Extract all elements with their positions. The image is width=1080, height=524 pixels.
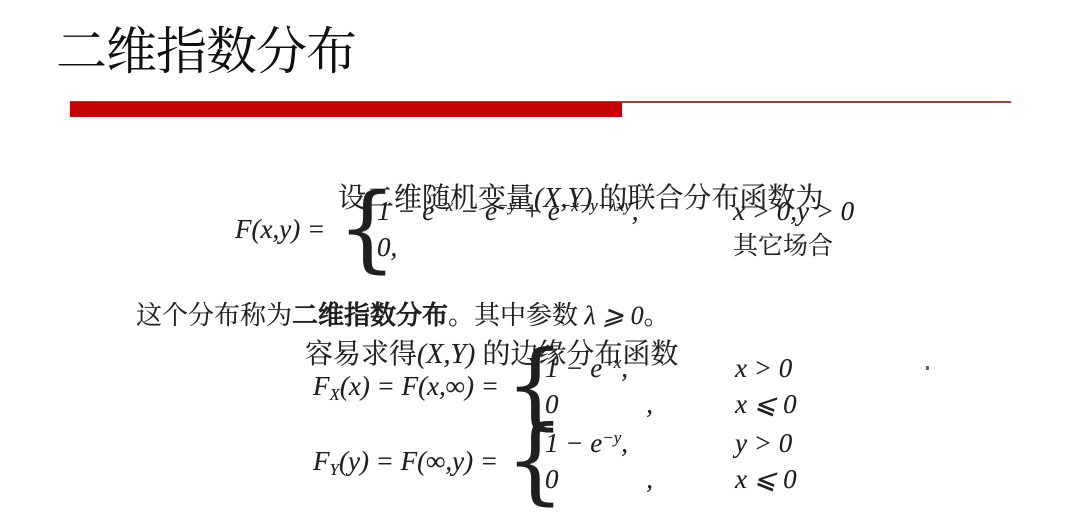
case-expression: 1 − e−x − e−y + e−x−y−λxy, xyxy=(377,193,733,229)
case-expression: 1 − e−x, xyxy=(545,350,735,386)
case-condition: x > 0 xyxy=(735,350,797,386)
case-brace: { xyxy=(357,193,377,265)
scan-artifact-dot xyxy=(926,366,929,370)
case-condition: 其它场合 xyxy=(733,229,854,265)
case-condition: x ⩽ 0 xyxy=(735,461,797,497)
slide: 二维指数分布 设二维随机变量(X,Y) 的联合分布函数为 F(x,y) = { … xyxy=(0,0,1080,524)
case-condition: x ⩽ 0 xyxy=(735,386,797,422)
note-text-pre: 这个分布称为 xyxy=(136,301,292,330)
case-condition: y > 0 xyxy=(735,425,797,461)
case-brace: { xyxy=(525,425,545,497)
joint-cdf-formula: F(x,y) = { 1 − e−x − e−y + e−x−y−λxy, x … xyxy=(235,193,854,265)
case-condition: x > 0,y > 0 xyxy=(733,193,854,229)
page-title: 二维指数分布 xyxy=(56,20,356,86)
title-underline-thick-bar xyxy=(70,102,622,117)
case-expression: 0 , xyxy=(545,386,735,422)
case-expression: 0, xyxy=(377,229,733,265)
case-grid: 1 − e−x − e−y + e−x−y−λxy, x > 0,y > 0 0… xyxy=(377,193,854,265)
case-expression: 0 , xyxy=(545,461,735,497)
case-grid: 1 − e−y, y > 0 0 , x ⩽ 0 xyxy=(545,425,797,497)
case-grid: 1 − e−x, x > 0 0 , x ⩽ 0 xyxy=(545,350,797,422)
formula-lhs: FY(y) = F(∞,y) = xyxy=(313,425,525,497)
case-expression: 1 − e−y, xyxy=(545,425,735,461)
formula-lhs: FX(x) = F(x,∞) = xyxy=(313,350,525,422)
marginal-cdf-y-formula: FY(y) = F(∞,y) = { 1 − e−y, y > 0 0 , x … xyxy=(313,425,797,497)
